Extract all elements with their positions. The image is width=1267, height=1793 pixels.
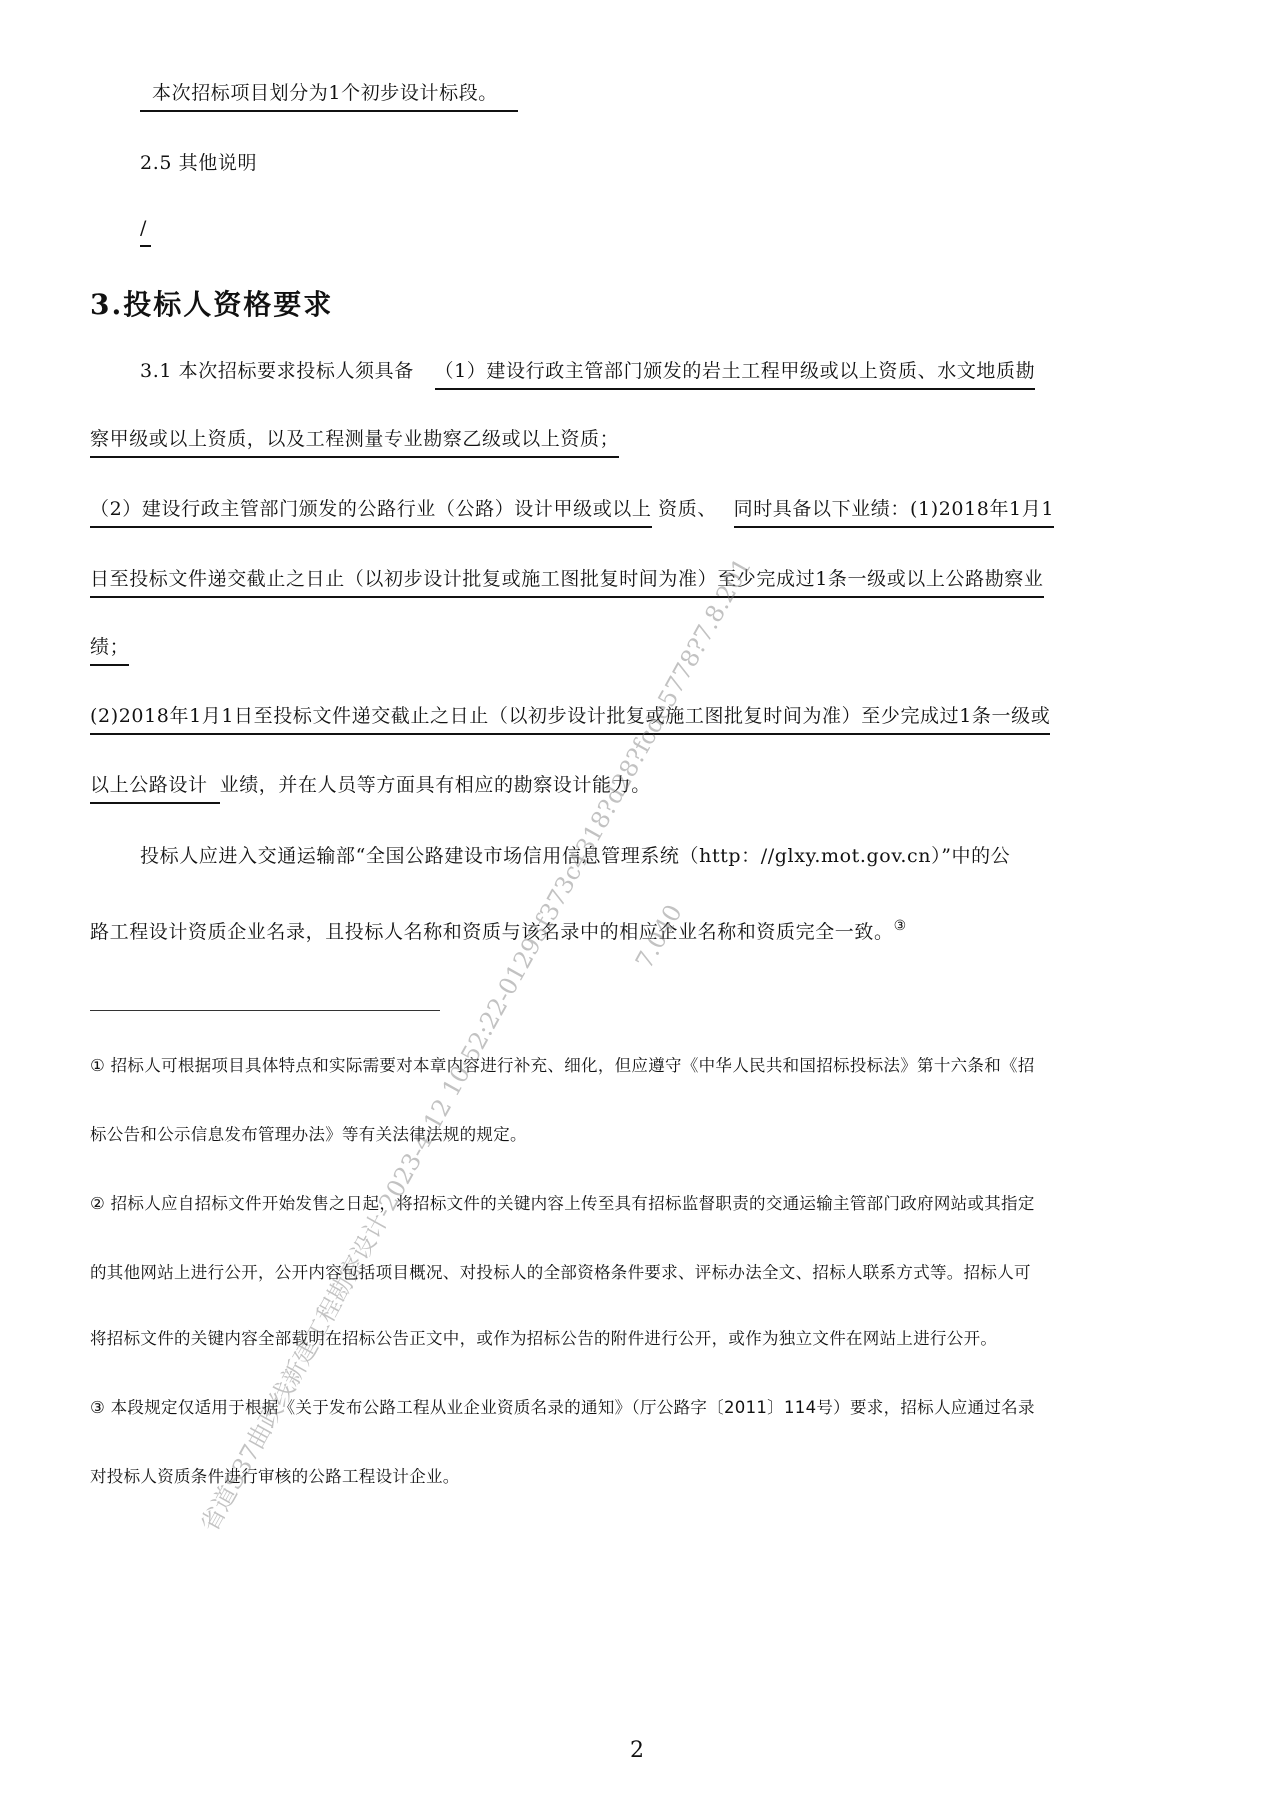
req3-text-1: (2)2018年1月1日至投标文件递交截止之日止（以初步设计批复或施工图批复时间…	[90, 703, 1050, 735]
req2-line1: （2）建设行政主管部门颁发的公路行业（公路）设计甲级或以上 资质、 同时具备以下…	[90, 496, 1054, 528]
req3-line1: (2)2018年1月1日至投标文件递交截止之日止（以初步设计批复或施工图批复时间…	[90, 703, 1050, 735]
footnote-2-line1: ② 招标人应自招标文件开始发售之日起，将招标文件的关键内容上传至具有招标监督职责…	[90, 1193, 1035, 1215]
system-para-text-2: 路工程设计资质企业名录，且投标人名称和资质与该名录中的相应企业名称和资质完全一致…	[90, 921, 894, 943]
lead-line-text: 本次招标项目划分为1个初步设计标段。	[140, 80, 518, 112]
req2-text-1a: （2）建设行政主管部门颁发的公路行业（公路）设计甲级或以上	[90, 496, 652, 528]
section-2-5-value: /	[140, 215, 151, 247]
lead-line: 本次招标项目划分为1个初步设计标段。	[140, 80, 518, 112]
section-2-5-value-text: /	[140, 215, 151, 247]
req3-line2: 以上公路设计业绩，并在人员等方面具有相应的勘察设计能力。	[90, 772, 651, 804]
watermark-line1: 省道S37曲政线新建工程勘察设计-2023-4-12 10:52:22-0129…	[190, 551, 758, 1537]
footnote-2-line2: 的其他网站上进行公开，公开内容包括项目概况、对投标人的全部资格条件要求、评标办法…	[90, 1262, 1031, 1284]
system-para-line1: 投标人应进入交通运输部“全国公路建设市场信用信息管理系统（http：//glxy…	[140, 843, 1010, 869]
footnote-2-line3: 将招标文件的关键内容全部载明在招标公告正文中，或作为招标公告的附件进行公开，或作…	[90, 1328, 997, 1350]
footnote-divider	[90, 1010, 440, 1011]
req1-line2: 察甲级或以上资质，以及工程测量专业勘察乙级或以上资质；	[90, 426, 619, 458]
page-number: 2	[630, 1738, 644, 1763]
req-prefix: 3.1 本次招标要求投标人须具备	[140, 360, 414, 382]
req2-text-3: 绩；	[90, 634, 129, 666]
footnote-3-line1: ③ 本段规定仅适用于根据《关于发布公路工程从业企业资质名录的通知》（厅公路字〔2…	[90, 1397, 1035, 1419]
section-2-5-title: 2.5 其他说明	[140, 150, 257, 176]
system-para-line2: 路工程设计资质企业名录，且投标人名称和资质与该名录中的相应企业名称和资质完全一致…	[90, 913, 907, 945]
req3-text-2a: 以上公路设计	[90, 772, 220, 804]
req2-text-1b: 资质、	[658, 498, 717, 520]
req3-text-2b: 业绩，并在人员等方面具有相应的勘察设计能力。	[220, 774, 651, 796]
footnote-3-line2: 对投标人资质条件进行审核的公路工程设计企业。	[90, 1466, 460, 1488]
footnote-1-line1: ① 招标人可根据项目具体特点和实际需要对本章内容进行补充、细化，但应遵守《中华人…	[90, 1055, 1035, 1077]
req2-text-1c: 同时具备以下业绩：(1)2018年1月1	[734, 496, 1054, 528]
req1-text-2: 察甲级或以上资质，以及工程测量专业勘察乙级或以上资质；	[90, 426, 619, 458]
req2-line3: 绩；	[90, 634, 129, 666]
req2-text-2: 日至投标文件递交截止之日止（以初步设计批复或施工图批复时间为准）至少完成过1条一…	[90, 566, 1044, 598]
req1-text-1: （1）建设行政主管部门颁发的岩土工程甲级或以上资质、水文地质勘	[435, 358, 1036, 390]
req1-line1: 3.1 本次招标要求投标人须具备 （1）建设行政主管部门颁发的岩土工程甲级或以上…	[140, 358, 1035, 390]
footnote-1-line2: 标公告和公示信息发布管理办法》等有关法律法规的规定。	[90, 1124, 527, 1146]
document-page: 本次招标项目划分为1个初步设计标段。 2.5 其他说明 / 3.投标人资格要求 …	[0, 0, 1267, 1793]
footnote-ref-3[interactable]: ③	[894, 918, 907, 934]
section-3-heading: 3.投标人资格要求	[90, 283, 333, 323]
req2-line2: 日至投标文件递交截止之日止（以初步设计批复或施工图批复时间为准）至少完成过1条一…	[90, 566, 1044, 598]
